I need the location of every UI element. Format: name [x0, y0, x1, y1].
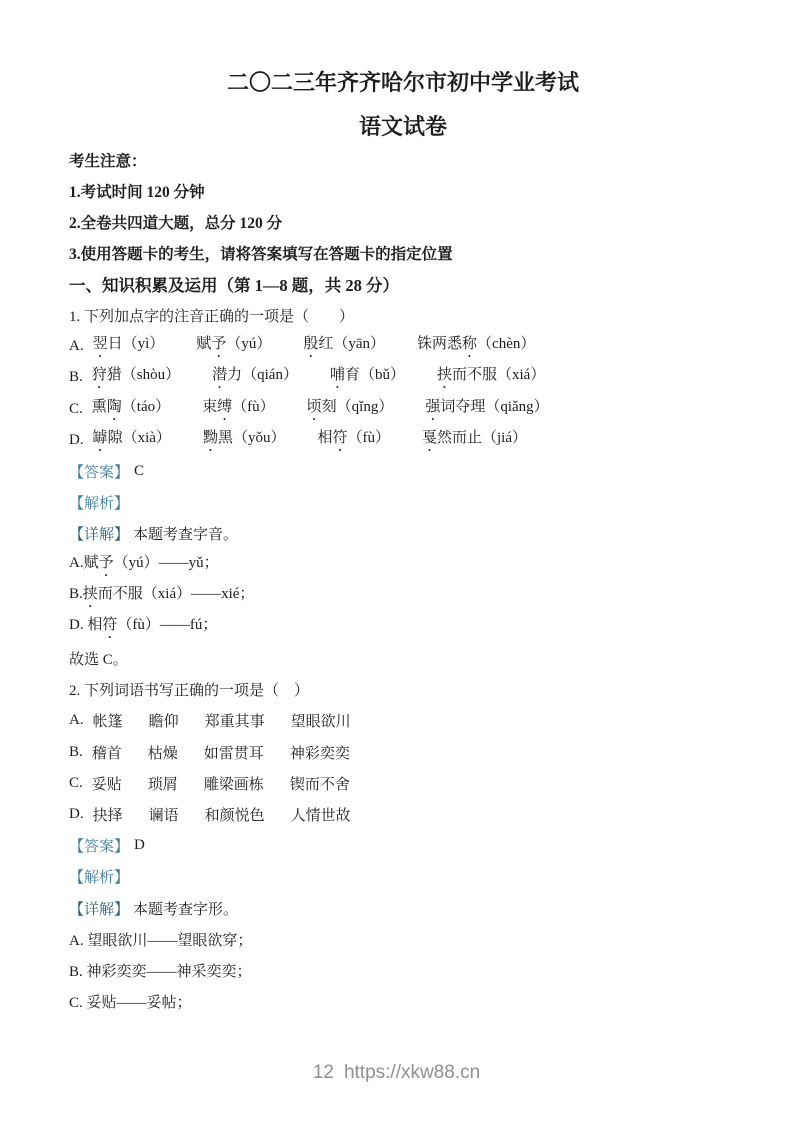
answer-tag: 【答案】: [69, 835, 129, 856]
q2-detail-line: 【详解】 本题考查字形。: [69, 893, 737, 924]
q1-detail-item-a: A.赋予（yú）——yǔ；: [69, 549, 737, 580]
detail-tag: 【详解】: [69, 898, 129, 919]
watermark-url: https://xkw88.cn: [344, 1062, 480, 1083]
q2-detail-item-b: B. 神彩奕奕——神采奕奕；: [69, 955, 737, 986]
option-cell: 望眼欲川: [291, 710, 351, 731]
option-cell: 相符（fù）: [317, 426, 390, 455]
option-cell: 枯燥: [148, 742, 178, 763]
option-label: D.: [69, 806, 84, 823]
q1-option-row-b: B. 狩猎（shòu） 潜力（qián） 哺育（bǔ） 挟而不服（xiá）: [69, 362, 737, 393]
q2-detail-item-c: C. 妥贴——妥帖；: [69, 986, 737, 1017]
option-cell: 熏陶（táo）: [92, 395, 170, 424]
option-cell: 锲而不舍: [290, 773, 350, 794]
page-footer: 12https://xkw88.cn: [0, 1062, 793, 1084]
option-cell: 和颜悦色: [205, 804, 265, 825]
option-cell: 哺育（bǔ）: [330, 363, 405, 392]
q2-analysis-line: 【解析】: [69, 861, 737, 892]
option-label: C.: [69, 401, 83, 418]
option-cell: 抉择: [93, 804, 123, 825]
option-cell: 顷刻（qǐng）: [307, 395, 394, 424]
notice-item-1: 1.考试时间 120 分钟: [69, 175, 737, 206]
q1-answer-line: 【答案】 C: [69, 456, 737, 487]
q1-detail-line: 【详解】 本题考查字音。: [69, 518, 737, 549]
answer-tag: 【答案】: [69, 461, 129, 482]
answer-value: C: [134, 463, 144, 480]
option-cell: 郑重其事: [205, 710, 265, 731]
page-number: 12: [313, 1062, 334, 1083]
option-cell: 谰语: [149, 804, 179, 825]
q2-option-row-b: B. 稽首 枯燥 如雷贯耳 神彩奕奕: [69, 737, 737, 768]
option-label: A.: [69, 338, 84, 355]
option-cell: 强词夺理（qiǎng）: [425, 395, 548, 424]
q2-option-row-a: A. 帐篷 瞻仰 郑重其事 望眼欲川: [69, 705, 737, 736]
option-cell: 挟而不服（xiá）: [437, 363, 545, 392]
detail-text: B.挟而不服（xiá）——xié；: [69, 582, 254, 611]
notice-item-2: 2.全卷共四道大题，总分 120 分: [69, 206, 737, 237]
option-cell: 翌日（yì）: [93, 332, 165, 361]
option-cell: 如雷贯耳: [204, 742, 264, 763]
q1-option-row-a: A. 翌日（yì） 赋予（yú） 殷红（yān） 铢两悉称（chèn）: [69, 331, 737, 362]
option-cell: 琐屑: [148, 773, 178, 794]
q1-detail-item-d: D. 相符（fù）——fú；: [69, 612, 737, 643]
option-cell: 黝黑（yǒu）: [203, 426, 286, 455]
detail-text: A.赋予（yú）——yǔ；: [69, 551, 219, 580]
analysis-tag: 【解析】: [69, 866, 129, 887]
option-cell: 殷红（yān）: [303, 332, 385, 361]
q2-option-row-d: D. 抉择 谰语 和颜悦色 人情世故: [69, 799, 737, 830]
q1-option-row-d: D. 罅隙（xià） 黝黑（yǒu） 相符（fù） 戛然而止（jiá）: [69, 425, 737, 456]
option-cell: 戛然而止（jiá）: [422, 426, 527, 455]
q2-option-row-c: C. 妥贴 琐屑 雕梁画栋 锲而不舍: [69, 768, 737, 799]
q1-detail-item-b: B.挟而不服（xiá）——xié；: [69, 581, 737, 612]
exam-title: 二〇二三年齐齐哈尔市初中学业考试: [69, 66, 737, 100]
detail-intro: 本题考查字音。: [133, 523, 238, 544]
option-cell: 赋予（yú）: [196, 332, 271, 361]
option-cell: 妥贴: [92, 773, 122, 794]
q2-stem: 2. 下列词语书写正确的一项是（ ）: [69, 674, 737, 705]
option-cell: 潜力（qián）: [212, 363, 298, 392]
q1-option-row-c: C. 熏陶（táo） 束缚（fù） 顷刻（qǐng） 强词夺理（qiǎng）: [69, 394, 737, 425]
option-label: B.: [69, 744, 83, 761]
option-label: C.: [69, 775, 83, 792]
option-cell: 狩猎（shòu）: [92, 363, 180, 392]
exam-paper-page: 二〇二三年齐齐哈尔市初中学业考试 语文试卷 考生注意： 1.考试时间 120 分…: [0, 0, 793, 1017]
option-cell: 束缚（fù）: [202, 395, 275, 424]
option-cell: 罅隙（xià）: [93, 426, 171, 455]
option-cell: 瞻仰: [149, 710, 179, 731]
option-cell: 人情世故: [291, 804, 351, 825]
q1-stem: 1. 下列加点字的注音正确的一项是（ ）: [69, 300, 737, 331]
detail-intro: 本题考查字形。: [133, 898, 238, 919]
notice-item-3: 3.使用答题卡的考生，请将答案填写在答题卡的指定位置: [69, 238, 737, 269]
q1-analysis-line: 【解析】: [69, 487, 737, 518]
q2-detail-item-a: A. 望眼欲川——望眼欲穿；: [69, 924, 737, 955]
option-label: D.: [69, 432, 84, 449]
q2-answer-line: 【答案】 D: [69, 830, 737, 861]
q1-conclusion: 故选 C。: [69, 643, 737, 674]
option-cell: 雕梁画栋: [204, 773, 264, 794]
notice-heading: 考生注意：: [69, 144, 737, 175]
detail-text: D. 相符（fù）——fú；: [69, 613, 217, 642]
option-cell: 铢两悉称（chèn）: [417, 332, 535, 361]
option-label: A.: [69, 712, 84, 729]
analysis-tag: 【解析】: [69, 492, 129, 513]
detail-tag: 【详解】: [69, 523, 129, 544]
answer-value: D: [134, 837, 145, 854]
option-cell: 稽首: [92, 742, 122, 763]
exam-body: 考生注意： 1.考试时间 120 分钟 2.全卷共四道大题，总分 120 分 3…: [69, 144, 737, 1017]
section-1-heading: 一、知识积累及运用（第 1—8 题，共 28 分）: [69, 269, 737, 300]
option-label: B.: [69, 369, 83, 386]
option-cell: 帐篷: [93, 710, 123, 731]
option-cell: 神彩奕奕: [290, 742, 350, 763]
exam-subtitle: 语文试卷: [69, 110, 737, 144]
